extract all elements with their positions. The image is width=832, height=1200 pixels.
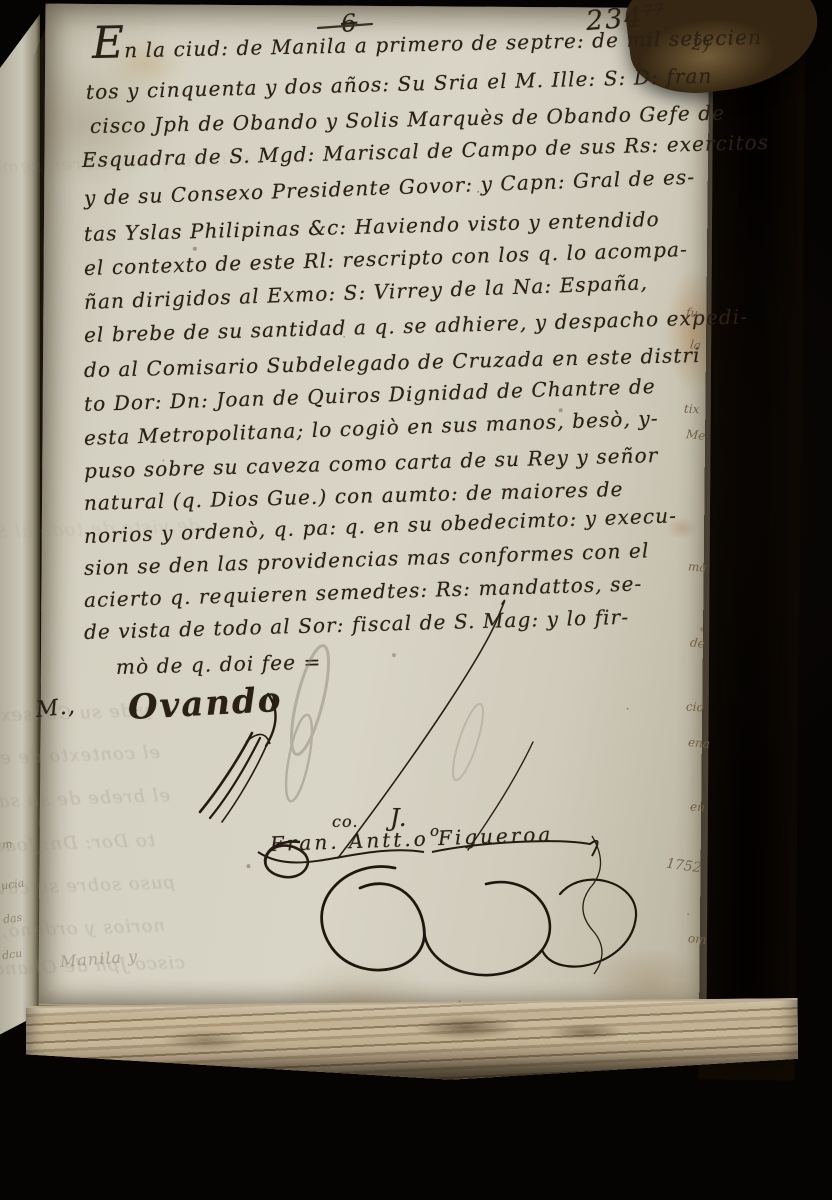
manuscript-photo: 6 234 77 2) acierto q. requieren semedte… [0,0,832,1200]
edge-fragment: cio [686,700,705,715]
book-bottom-edge [26,998,799,1084]
edge-fragment: om [687,931,707,947]
edge-fragment: la [689,337,701,352]
left-edge-fragment: das [2,911,23,927]
edge-fragment: Me [685,427,706,443]
edge-fragment: en [690,799,706,814]
edge-fragment: ma [688,559,707,574]
edge-fragment: ena [687,735,710,751]
left-edge-fragment: m [1,837,13,851]
paper-speckles [45,4,47,6]
book-fore-edge [698,0,805,1080]
edge-fragment: fu- [686,305,703,320]
folio-flourish: 77 [642,0,667,21]
edge-fragment: tix [684,402,700,417]
governor-signature: Ovando [127,680,283,728]
left-edge-fragment: dcu [1,947,23,963]
edge-fragment: de [689,635,705,650]
margin-note: M., [35,694,77,723]
